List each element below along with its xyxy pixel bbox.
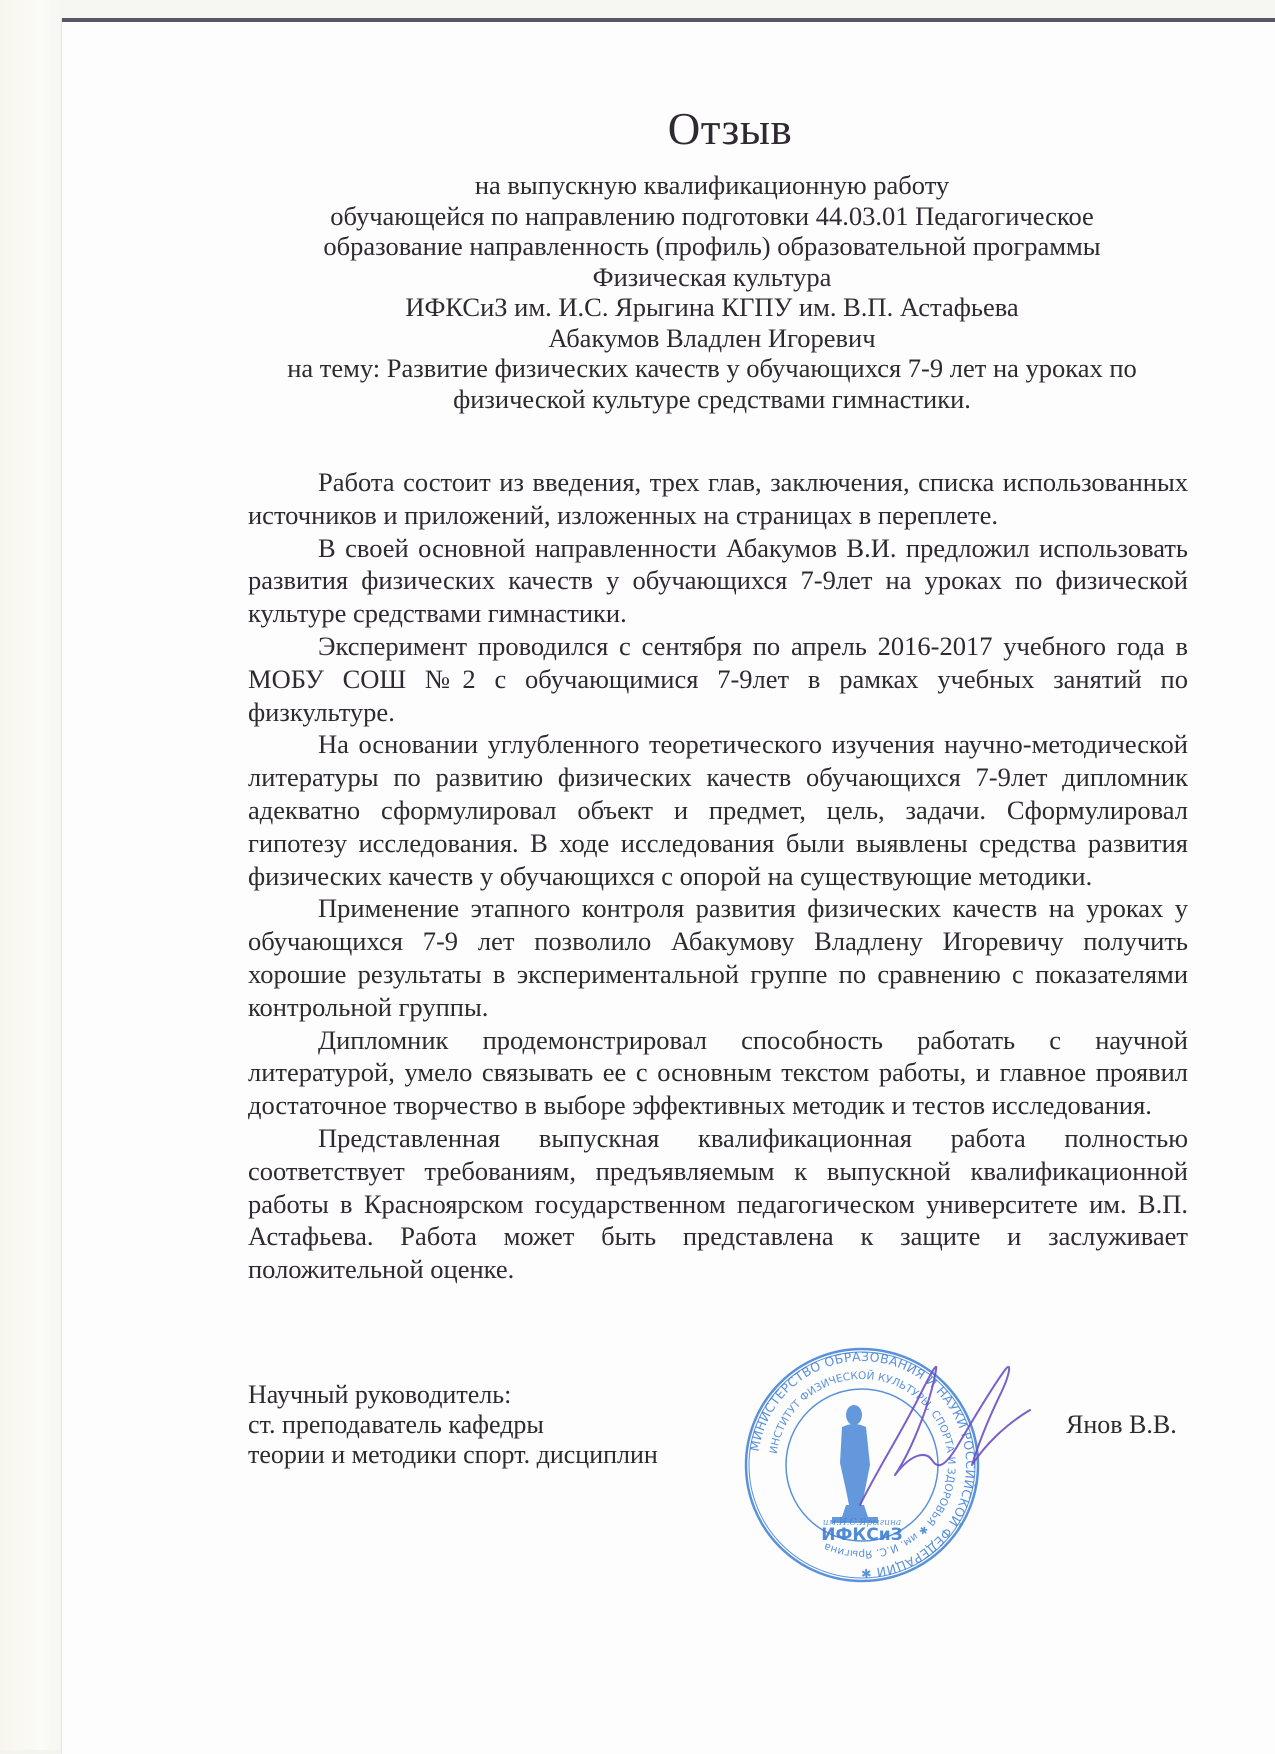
body-paragraph: На основании углубленного теоретического… (248, 728, 1188, 892)
body-paragraph: Применение этапного контроля развития фи… (248, 892, 1188, 1023)
svg-text:им.И.С.Ярыгина: им.И.С.Ярыгина (823, 1518, 902, 1528)
header-line: образование направленность (профиль) обр… (248, 231, 1176, 262)
body-paragraph: Дипломник продемонстрировал способность … (248, 1024, 1188, 1122)
document-body: Работа состоит из введения, трех глав, з… (248, 466, 1188, 1286)
header-line: физической культуре средствами гимнастик… (248, 384, 1176, 415)
body-paragraph: Эксперимент проводился с сентября по апр… (248, 630, 1188, 728)
document-header: на выпускную квалификационную работу обу… (248, 170, 1176, 414)
body-paragraph: Представленная выпускная квалификационна… (248, 1122, 1188, 1286)
signer-role-line: ст. преподаватель кафедры (248, 1410, 658, 1440)
header-line: на тему: Развитие физических качеств у о… (248, 353, 1176, 384)
handwritten-signature-icon (840, 1355, 1040, 1515)
header-line: Абакумов Владлен Игоревич (248, 323, 1176, 354)
signer-role-line: Научный руководитель: (248, 1380, 658, 1410)
header-line: обучающейся по направлению подготовки 44… (248, 201, 1176, 232)
body-paragraph: Работа состоит из введения, трех глав, з… (248, 466, 1188, 532)
document-title: Отзыв (0, 103, 1275, 155)
header-line: ИФКСиЗ им. И.С. Ярыгина КГПУ им. В.П. Ас… (248, 292, 1176, 323)
body-paragraph: В своей основной направленности Абакумов… (248, 532, 1188, 630)
signer-name: Янов В.В. (1066, 1410, 1177, 1440)
signer-role-line: теории и методики спорт. дисциплин (248, 1440, 658, 1470)
svg-text:ИФКСиЗ: ИФКСиЗ (821, 1525, 902, 1545)
signature-block: Научный руководитель: ст. преподаватель … (248, 1380, 658, 1470)
header-line: Физическая культура (248, 262, 1176, 293)
header-line: на выпускную квалификационную работу (248, 170, 1176, 201)
